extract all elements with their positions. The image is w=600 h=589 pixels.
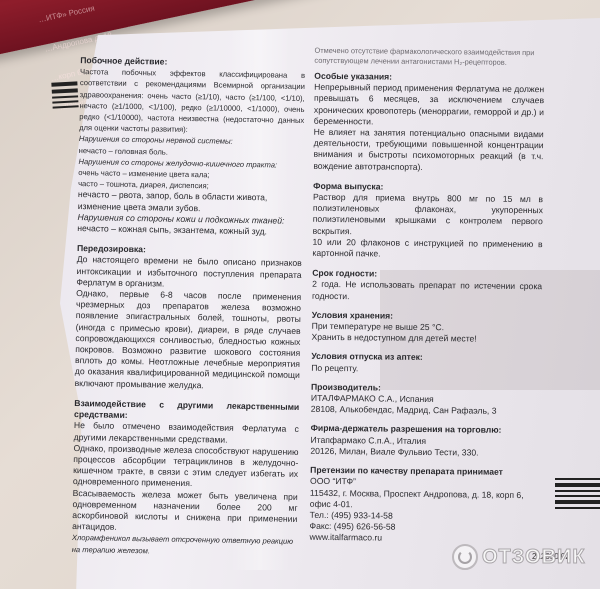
box-text-line: …ИТФ» Россия — [37, 0, 111, 25]
top-note: Отмечено отсутствие фармакологического в… — [314, 46, 544, 67]
form-p2: 10 или 20 флаконов с инструкцией по прим… — [312, 237, 542, 262]
watermark-text: ОТЗОВИК — [482, 546, 586, 569]
print-marks-right — [555, 478, 600, 509]
left-column: Побочное действие: Частота побочных эффе… — [72, 55, 306, 559]
special-p2: Не влияет на занятия потенциально опасны… — [313, 127, 543, 174]
interactions-p3: Всасываемость железа может быть увеличен… — [72, 488, 298, 537]
interactions-p2: Однако, производные железа способствуют … — [73, 443, 299, 492]
form-p1: Раствор для приема внутрь 800 мг по 15 м… — [313, 192, 543, 239]
special-p1: Непрерывный период применения Ферлатума … — [314, 82, 544, 129]
interactions-p4: Хлорамфеникол вызывает отсроченную ответ… — [72, 532, 297, 558]
side-effects-intro: Частота побочных эффектов классифицирова… — [79, 66, 305, 137]
manufacturer-line-2: 28108, Алькобендас, Мадрид, Сан Рафаэль,… — [311, 404, 541, 418]
overdose-p1: До настоящего времени не было описано пр… — [76, 254, 302, 292]
power-logo-icon — [452, 544, 478, 570]
otzovik-watermark: ОТЗОВИК — [452, 544, 586, 570]
right-column: Отмечено отсутствие фармакологического в… — [309, 46, 544, 546]
shelf-life-text: 2 года. Не использовать препарат по исте… — [312, 279, 542, 304]
print-marks-left — [51, 81, 78, 108]
dispensing-text: По рецепту. — [311, 362, 541, 376]
holder-line-2: 20126, Милан, Виале Фульвио Тести, 330. — [310, 446, 540, 460]
claims-address: 115432, г. Москва, Проспект Андропова, д… — [310, 487, 540, 512]
overdose-p2: Однако, первые 6-8 часов после применени… — [75, 288, 302, 393]
storage-line-2: Хранить в недоступном для детей месте! — [311, 332, 541, 346]
